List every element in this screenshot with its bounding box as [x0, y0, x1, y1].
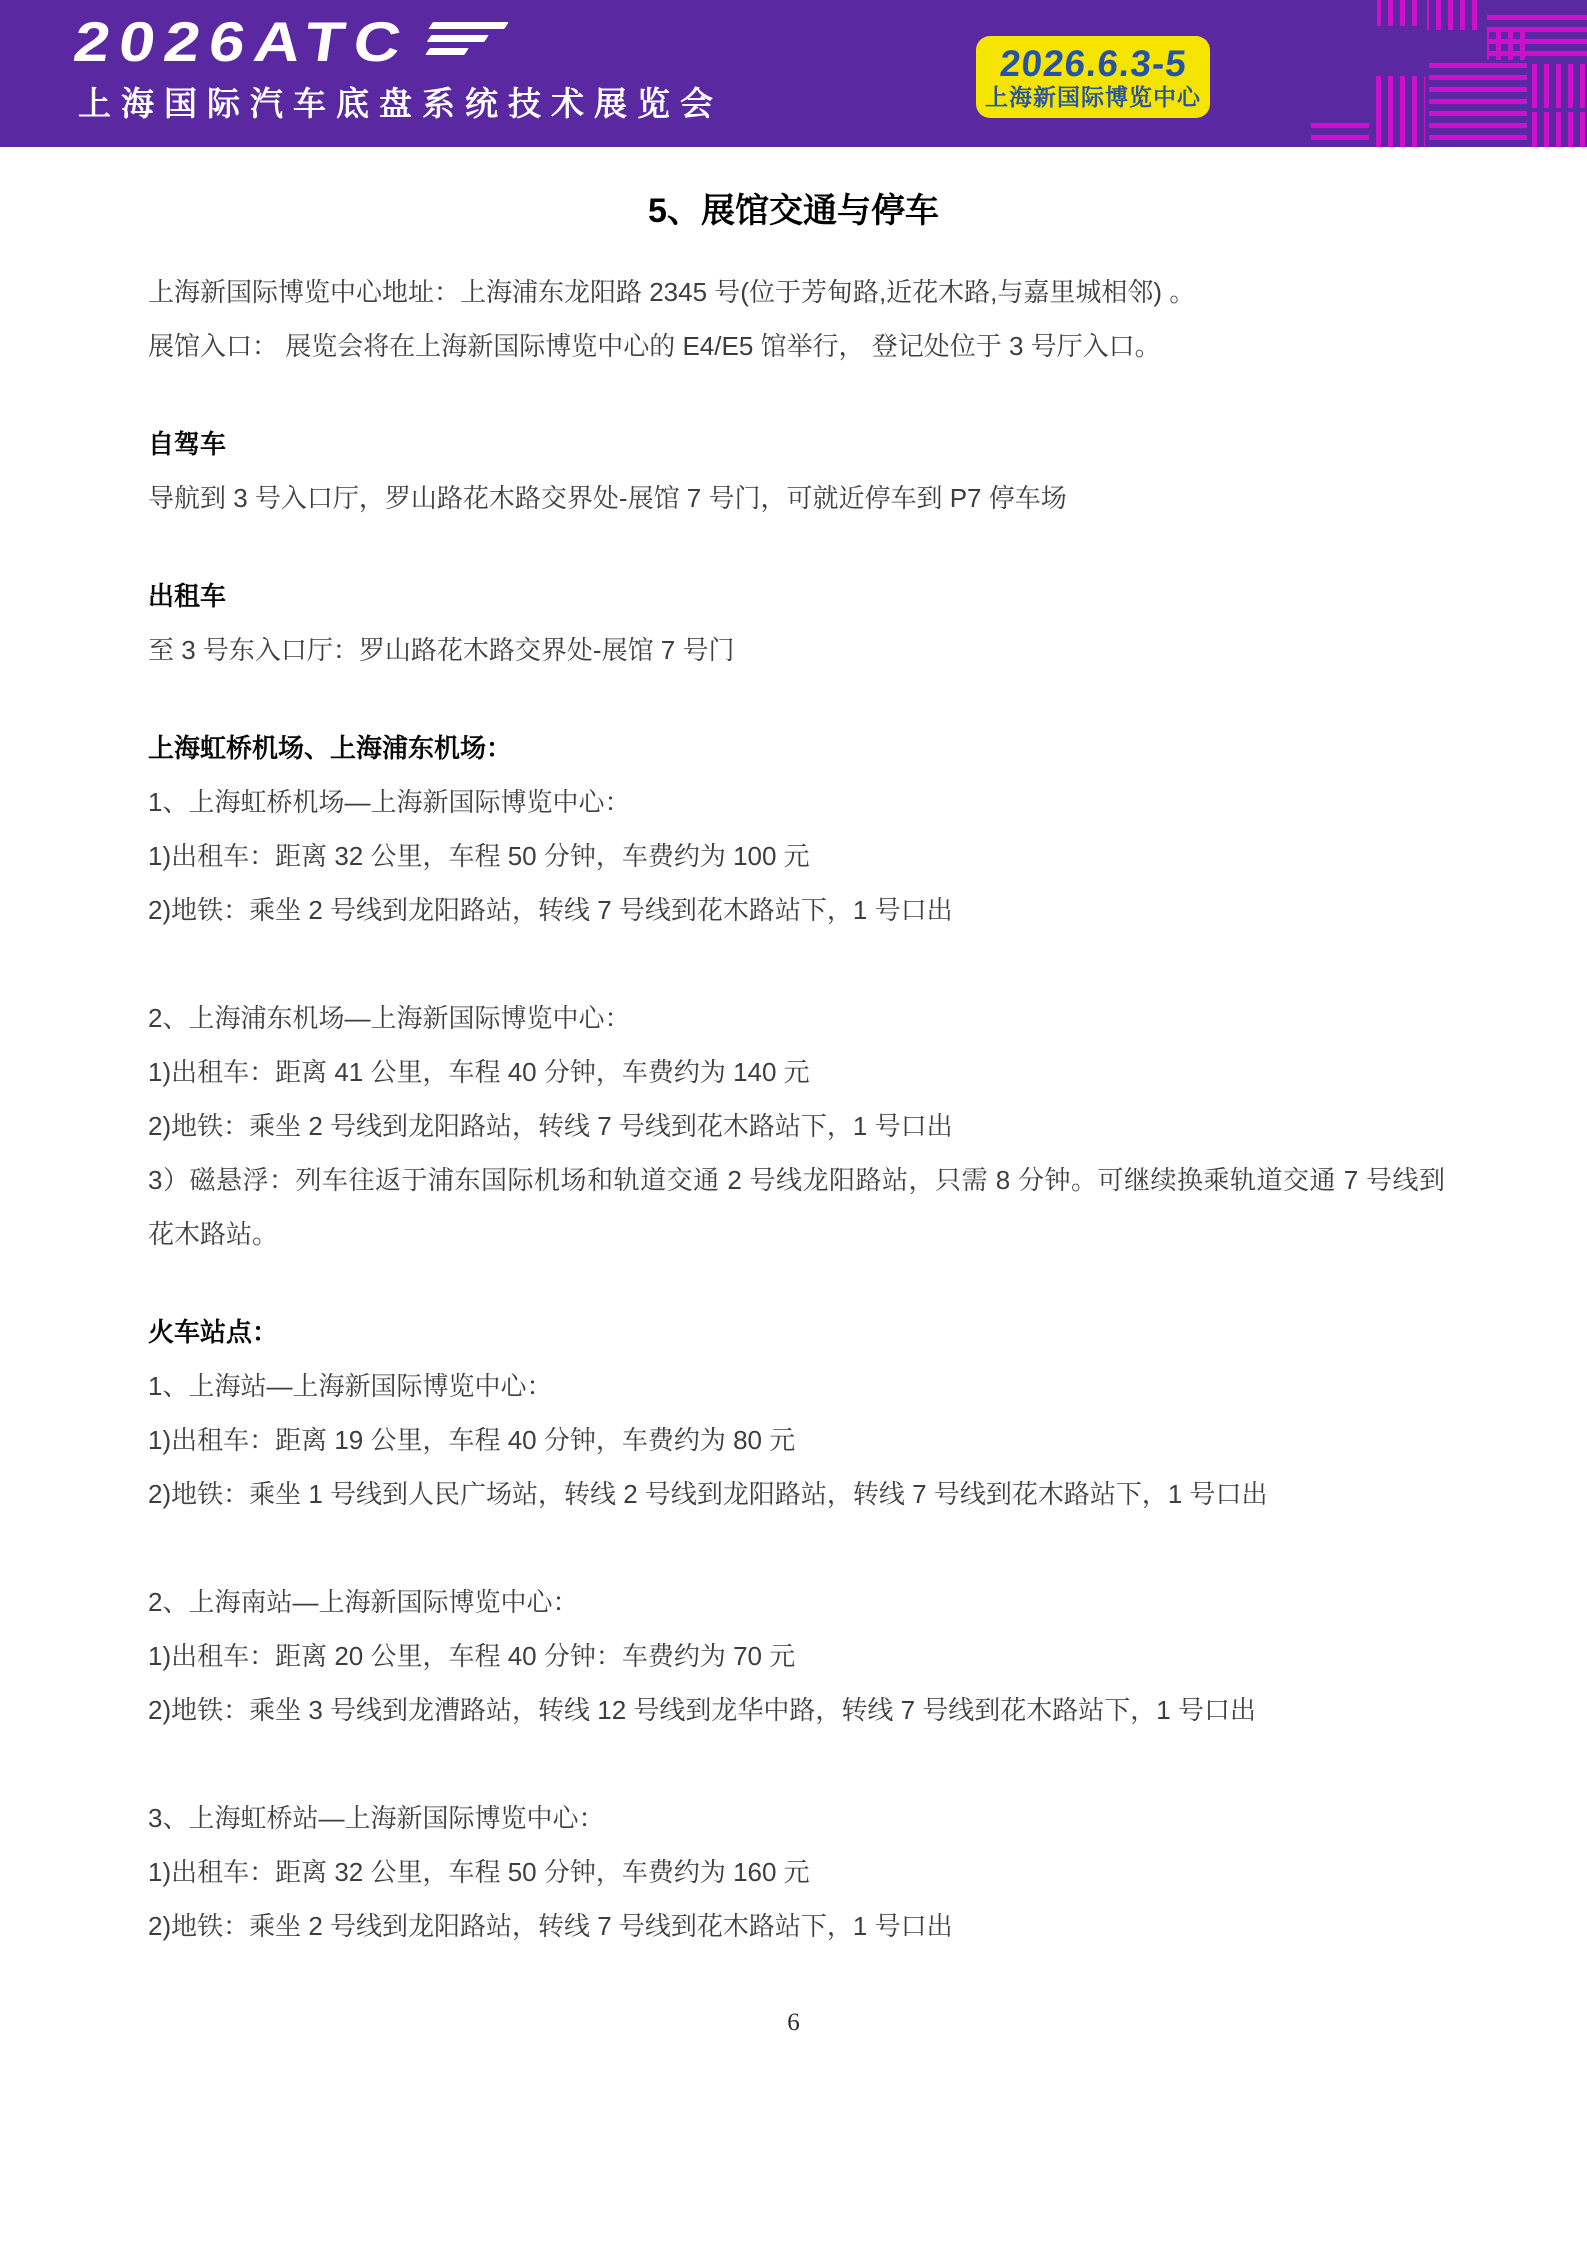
- badge-date: 2026.6.3-5: [998, 44, 1188, 84]
- section-heading: 自驾车: [148, 417, 1445, 471]
- body-line: 2)地铁：乘坐 1 号线到人民广场站，转线 2 号线到龙阳路站，转线 7 号线到…: [148, 1467, 1445, 1521]
- body-line: 2)地铁：乘坐 2 号线到龙阳路站，转线 7 号线到花木路站下，1 号口出: [148, 883, 1445, 937]
- body-line: 1)出租车：距离 41 公里，车程 40 分钟，车费约为 140 元: [148, 1045, 1445, 1099]
- header-deco-pattern: [1277, 0, 1587, 147]
- body-line: 2)地铁：乘坐 2 号线到龙阳路站，转线 7 号线到花木路站下，1 号口出: [148, 1899, 1445, 1953]
- body-line: 2、上海浦东机场—上海新国际博览中心：: [148, 991, 1445, 1045]
- section-heading: 火车站点：: [148, 1305, 1445, 1359]
- body-line: 1)出租车：距离 19 公里，车程 40 分钟，车费约为 80 元: [148, 1413, 1445, 1467]
- body-line: 导航到 3 号入口厅，罗山路花木路交界处-展馆 7 号门，可就近停车到 P7 停…: [148, 471, 1445, 525]
- document-body: 5、展馆交通与停车 上海新国际博览中心地址：上海浦东龙阳路 2345 号(位于芳…: [0, 184, 1587, 2037]
- body-line: 3）磁悬浮：列车往返于浦东国际机场和轨道交通 2 号线龙阳路站，只需 8 分钟。…: [148, 1153, 1445, 1261]
- body-line: 2、上海南站—上海新国际博览中心：: [148, 1575, 1445, 1629]
- badge-venue: 上海新国际博览中心: [985, 84, 1201, 111]
- logo-speedlines-icon: [411, 22, 508, 55]
- intro-paragraph: 展馆入口： 展览会将在上海新国际博览中心的 E4/E5 馆举行， 登记处位于 3…: [148, 319, 1445, 373]
- body-line: 1、上海虹桥机场—上海新国际博览中心：: [148, 775, 1445, 829]
- section-heading: 出租车: [148, 569, 1445, 623]
- page-number: 6: [0, 2009, 1587, 2037]
- page-header: 2026ATC 上海国际汽车底盘系统技术展览会 2026.6.3-5 上海新国际…: [0, 0, 1587, 147]
- header-subtitle: 上海国际汽车底盘系统技术展览会: [78, 86, 723, 122]
- date-venue-badge: 2026.6.3-5 上海新国际博览中心: [976, 36, 1210, 118]
- body-line: 3、上海虹桥站—上海新国际博览中心：: [148, 1791, 1445, 1845]
- document-page: 2026ATC 上海国际汽车底盘系统技术展览会 2026.6.3-5 上海新国际…: [0, 0, 1587, 2245]
- body-line: 1)出租车：距离 32 公里，车程 50 分钟，车费约为 100 元: [148, 829, 1445, 883]
- body-line: 1)出租车：距离 32 公里，车程 50 分钟，车费约为 160 元: [148, 1845, 1445, 1899]
- body-line: 1)出租车：距离 20 公里，车程 40 分钟：车费约为 70 元: [148, 1629, 1445, 1683]
- body-line: 2)地铁：乘坐 3 号线到龙漕路站，转线 12 号线到龙华中路，转线 7 号线到…: [148, 1683, 1445, 1737]
- logo-text: 2026ATC: [71, 16, 414, 68]
- exhibition-logo: 2026ATC: [71, 16, 501, 68]
- body-line: 1、上海站—上海新国际博览中心：: [148, 1359, 1445, 1413]
- document-content: 上海新国际博览中心地址：上海浦东龙阳路 2345 号(位于芳甸路,近花木路,与嘉…: [148, 265, 1445, 1953]
- page-title: 5、展馆交通与停车: [0, 184, 1587, 238]
- section-heading: 上海虹桥机场、上海浦东机场：: [148, 721, 1445, 775]
- body-line: 至 3 号东入口厅：罗山路花木路交界处-展馆 7 号门: [148, 623, 1445, 677]
- body-line: 2)地铁：乘坐 2 号线到龙阳路站，转线 7 号线到花木路站下，1 号口出: [148, 1099, 1445, 1153]
- intro-paragraph: 上海新国际博览中心地址：上海浦东龙阳路 2345 号(位于芳甸路,近花木路,与嘉…: [148, 265, 1445, 319]
